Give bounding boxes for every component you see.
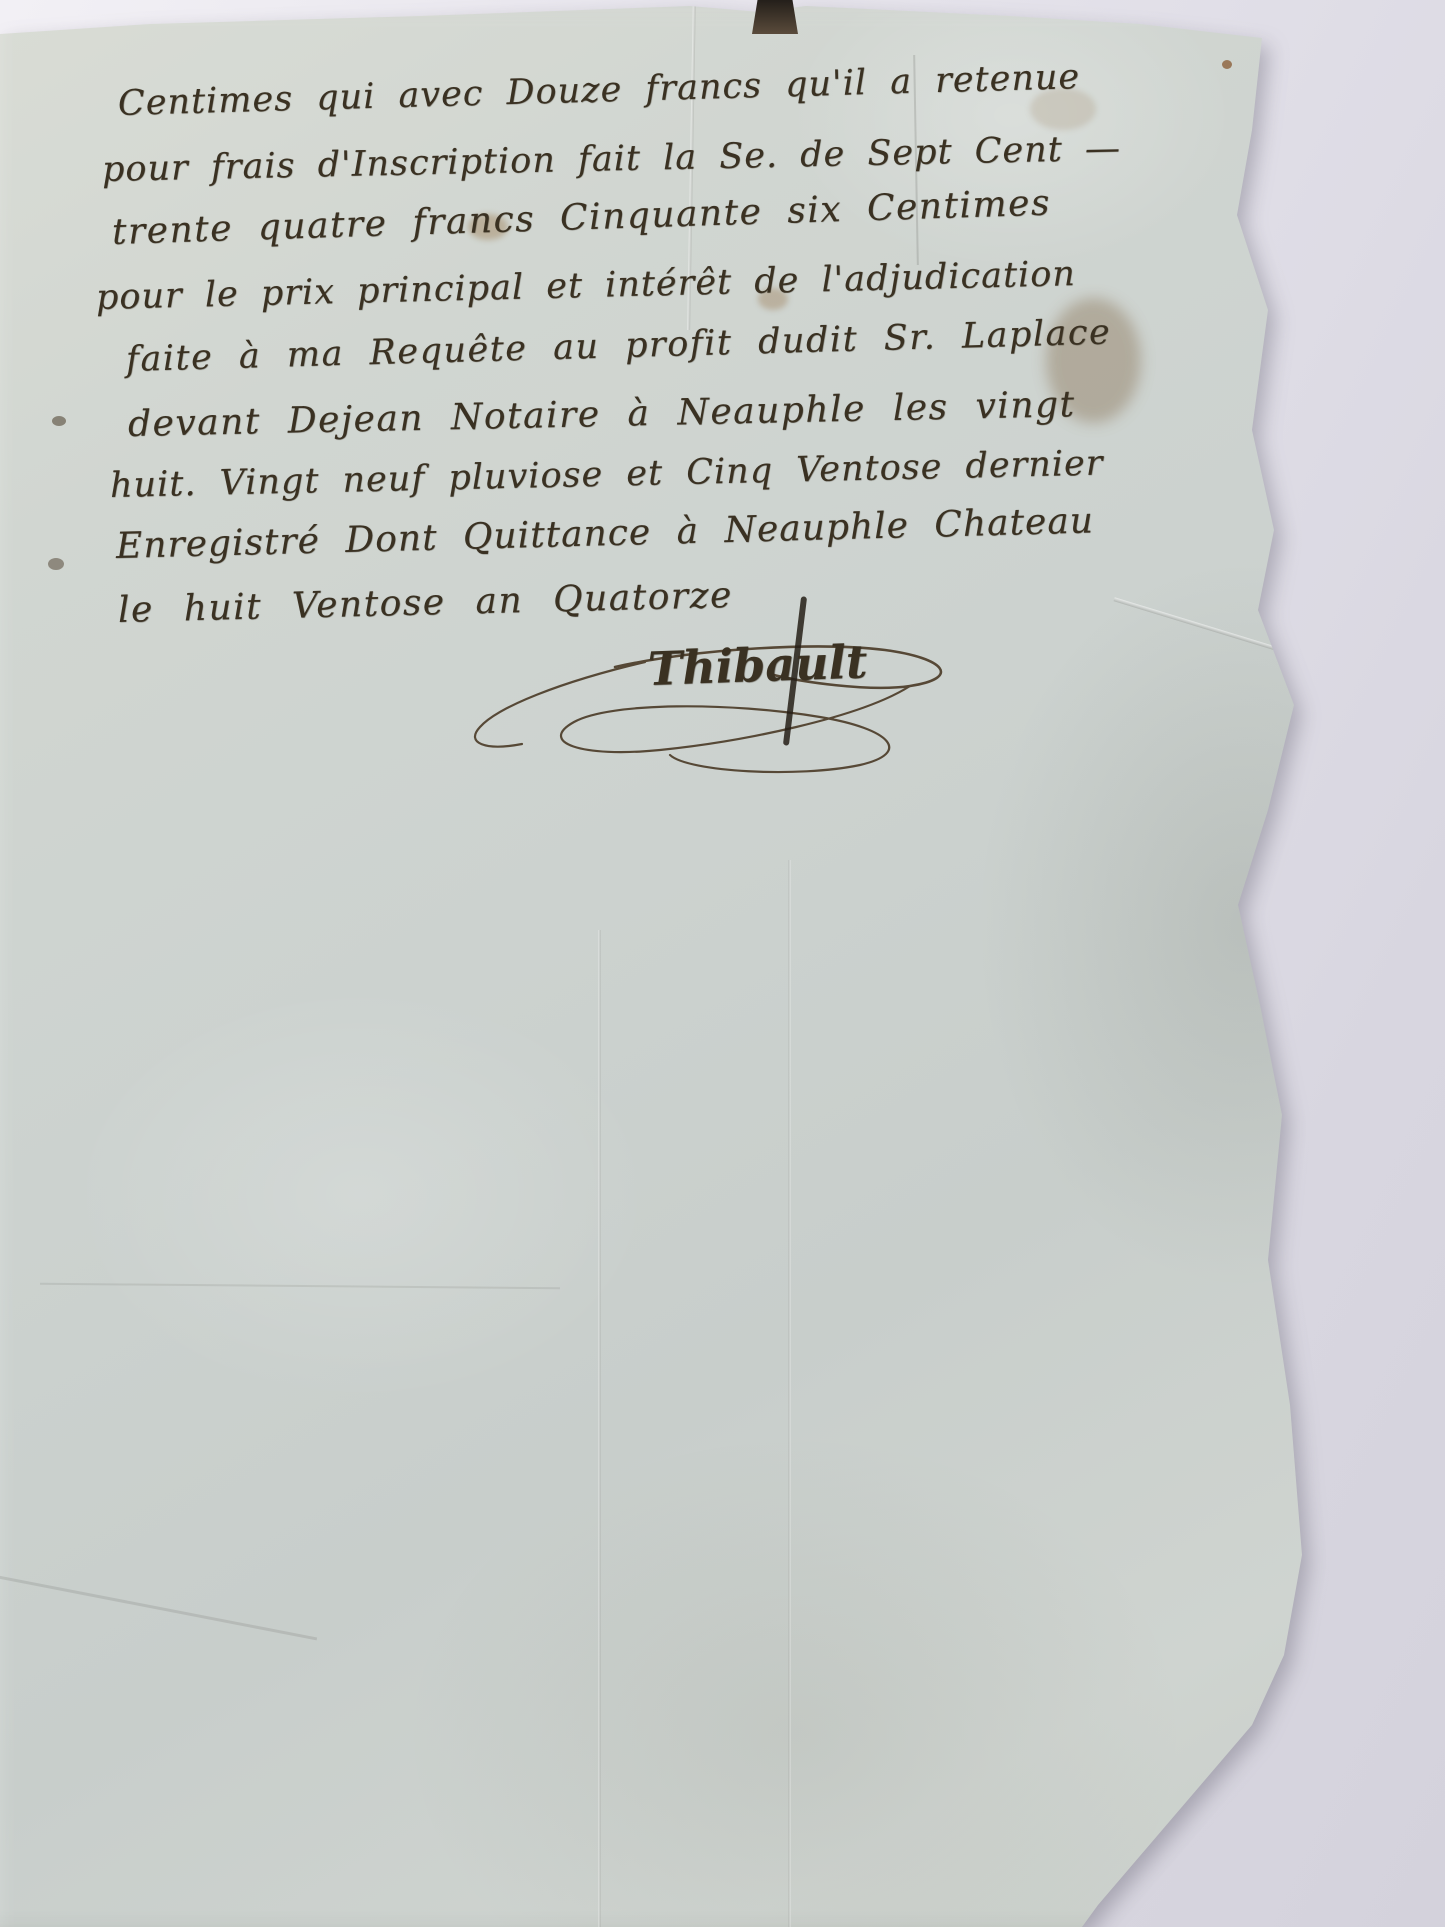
paper-edge-notch bbox=[752, 0, 798, 34]
paper-shadow: Centimes qui avec Douze francs qu'il a r… bbox=[0, 0, 1445, 1927]
manuscript-line: devant Dejean Notaire à Neauphle les vin… bbox=[128, 384, 1076, 445]
rust-stain bbox=[1222, 60, 1232, 69]
signature-thibault: Thibault bbox=[647, 634, 868, 696]
manuscript-line: huit. Vingt neuf pluviose et Cinq Ventos… bbox=[110, 443, 1104, 506]
photograph-background: Centimes qui avec Douze francs qu'il a r… bbox=[0, 0, 1445, 1927]
rust-stain bbox=[1128, 8, 1142, 20]
manuscript-line: trente quatre francs Cinquante six Centi… bbox=[111, 183, 1051, 253]
fold-crease bbox=[1114, 597, 1297, 656]
dark-speck bbox=[52, 416, 66, 426]
fold-crease bbox=[40, 1283, 560, 1290]
manuscript-line: Centimes qui avec Douze francs qu'il a r… bbox=[117, 57, 1080, 124]
manuscript-line: pour le prix principal et intérêt de l'a… bbox=[96, 254, 1077, 318]
fold-crease bbox=[598, 930, 601, 1927]
dark-speck bbox=[48, 558, 64, 570]
manuscript-paper: Centimes qui avec Douze francs qu'il a r… bbox=[0, 0, 1445, 1927]
fold-crease bbox=[788, 860, 791, 1927]
manuscript-line: Enregistré Dont Quittance à Neauphle Cha… bbox=[115, 500, 1094, 567]
rust-stain bbox=[1237, 26, 1245, 34]
manuscript-line: pour frais d'Inscription fait la Se. de … bbox=[102, 129, 1122, 190]
manuscript-line: faite à ma Requête au profit dudit Sr. L… bbox=[125, 312, 1111, 380]
fold-crease bbox=[0, 1573, 317, 1641]
